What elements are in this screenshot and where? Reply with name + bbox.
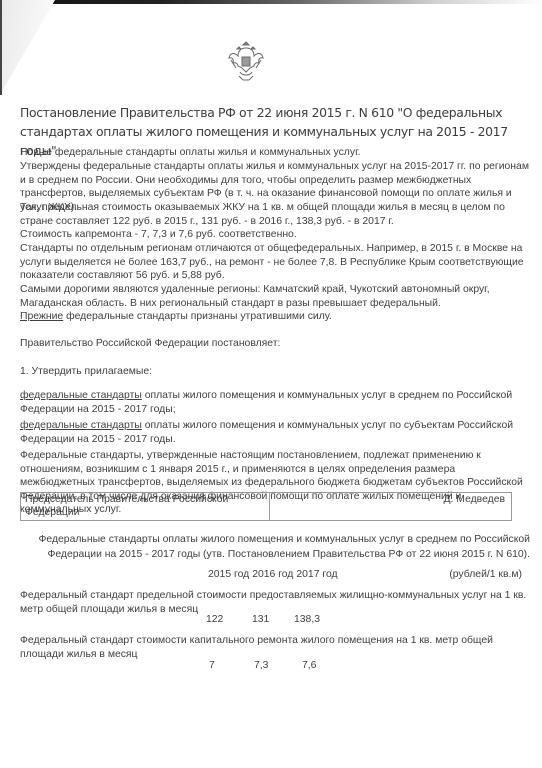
approved-standard-average: федеральные стандарты оплаты жилого поме… — [20, 389, 530, 416]
table-cell: 7,6 — [302, 660, 316, 671]
standards-regions-link[interactable]: федеральные стандарты — [20, 420, 142, 431]
approved-standard-regions: федеральные стандарты оплаты жилого поме… — [20, 419, 530, 446]
table-row-label: Федеральный стандарт стоимости капитальн… — [20, 634, 530, 662]
previous-standards-text: федеральные стандарты признаны утративши… — [63, 311, 332, 322]
previous-standards-link[interactable]: Прежние — [20, 311, 63, 322]
table-unit: (рублей/1 кв.м) — [449, 569, 522, 580]
column-2015: 2015 год — [208, 569, 249, 580]
summary-heading: Новые федеральные стандарты оплаты жилья… — [20, 146, 530, 160]
decree-intro: Правительство Российской Федерации поста… — [20, 337, 530, 351]
coat-of-arms-icon — [226, 38, 266, 86]
table-header: 2015 год2016 год2017 год — [208, 569, 341, 580]
column-2017: 2017 год — [296, 569, 337, 580]
table-cell: 7,3 — [254, 660, 268, 671]
previous-standards-note: Прежние федеральные стандарты признаны у… — [20, 310, 530, 324]
annex-title: Федеральные стандарты оплаты жилого поме… — [20, 532, 530, 562]
standards-average-link[interactable]: федеральные стандарты — [20, 390, 142, 401]
table-cell: 7 — [209, 660, 215, 671]
scan-edge — [0, 0, 542, 4]
decree-item-1: 1. Утвердить прилагаемые: — [20, 365, 530, 379]
signatory-name: Д. Медведев — [270, 493, 511, 520]
folded-corner — [0, 0, 55, 95]
signature-table: Председатель Правительства Российской Фе… — [20, 492, 512, 521]
summary-paragraph: Самыми дорогими являются удаленные регио… — [20, 283, 530, 310]
column-2016: 2016 год — [252, 569, 293, 580]
summary-paragraph: Так, предельная стоимость оказываемых ЖК… — [20, 201, 530, 228]
scan-edge-left — [0, 0, 2, 95]
table-cell: 138,3 — [294, 614, 320, 625]
signatory-position: Председатель Правительства Российской Фе… — [21, 493, 270, 520]
summary-paragraph: Стоимость капремонта - 7, 7,3 и 7,6 руб.… — [20, 228, 530, 242]
table-cell: 131 — [252, 614, 269, 625]
table-row-label: Федеральный стандарт предельной стоимост… — [20, 589, 530, 617]
table-cell: 122 — [206, 614, 223, 625]
summary-paragraph: Стандарты по отдельным регионам отличают… — [20, 242, 530, 283]
